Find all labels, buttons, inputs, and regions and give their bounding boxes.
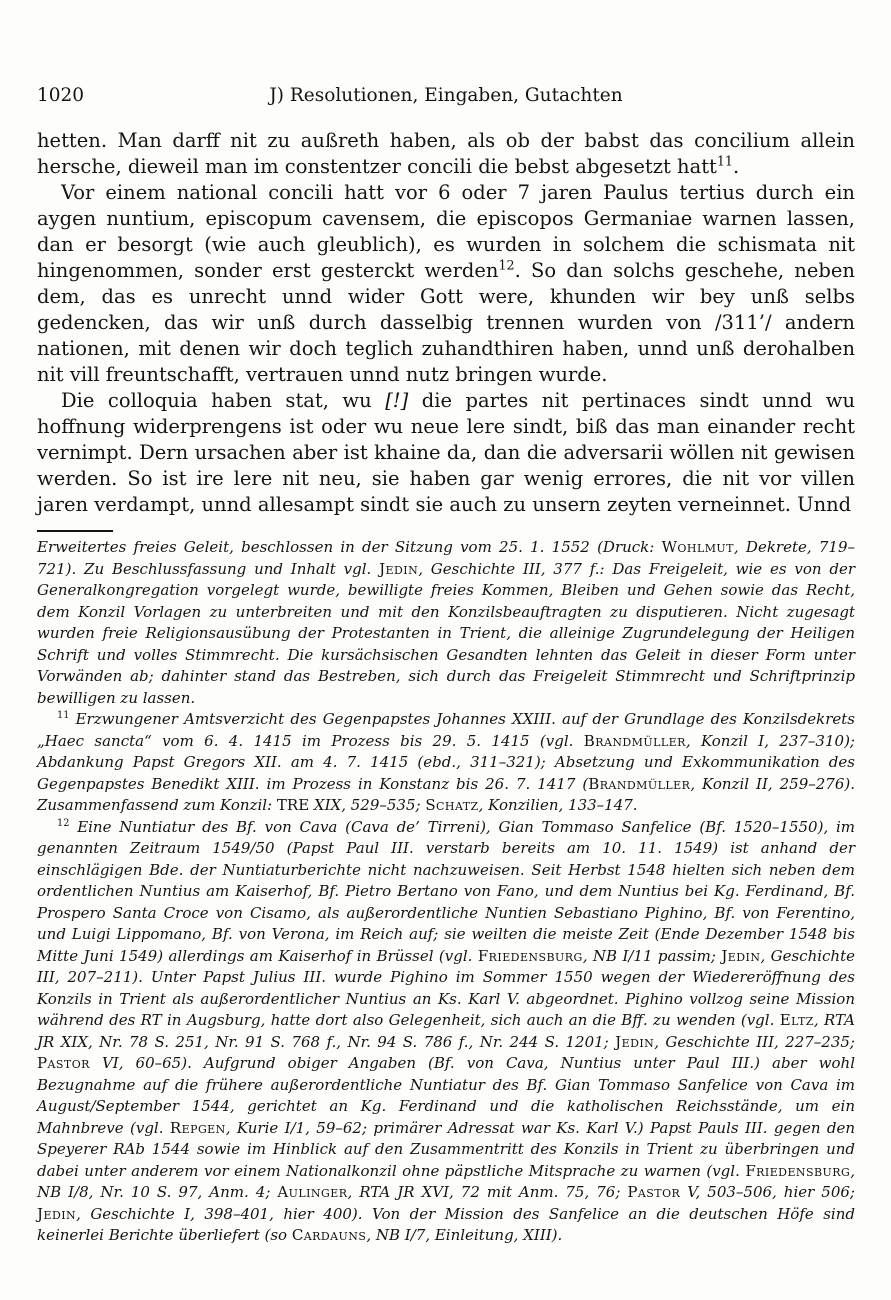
footnote-continuation: Erweitertes freies Geleit, beschlossen i… [37,537,855,709]
text-segment: Jedin [615,1033,654,1051]
text-segment: Wohlmut [662,538,734,556]
text-segment: Jedin [37,1205,76,1223]
text-segment: , Geschichte III, 227–235; [654,1033,855,1051]
text-segment: Jedin [379,560,418,578]
running-head: J) Resolutionen, Eingaben, Gutachten [37,84,855,108]
text-segment: TRE [277,796,309,814]
text-segment: XIX, 529–535; [309,796,425,814]
page-header: 1020 J) Resolutionen, Eingaben, Gutachte… [37,84,855,108]
footnote-marker: 11 [717,154,733,169]
text-segment: Erweitertes freies Geleit, beschlossen i… [37,538,662,556]
footnote-11: 11 Erzwungener Amtsverzicht des Gegenpap… [37,709,855,817]
text-segment: Pastor [37,1054,90,1072]
text-segment: Friedensburg [478,947,583,965]
body-paragraph: Die colloquia haben stat, wu [!] die par… [37,388,855,518]
footnote-12: 12 Eine Nuntiatur des Bf. von Cava (Cava… [37,817,855,1247]
text-segment: Pastor [627,1183,680,1201]
footnote-marker: 12 [57,818,69,829]
text-segment: , Konzilien, 133–147. [479,796,638,814]
text-segment: , Geschichte III, 377 f.: Das Freigeleit… [37,560,855,707]
text-segment: , RTA JR XVI, 72 mit Anm. 75, 76; [347,1183,627,1201]
body-paragraph: hetten. Man darff nit zu außreth haben, … [37,128,855,180]
text-segment: , NB I/11 passim; [583,947,722,965]
text-segment: Friedensburg [745,1162,850,1180]
footnote-marker: 11 [57,710,69,721]
text-segment: V, 503–506, hier 506; [680,1183,855,1201]
text-segment: Aulinger [277,1183,347,1201]
text-segment: Repgen [170,1119,226,1137]
body-text: hetten. Man darff nit zu außreth haben, … [37,128,855,518]
page-number: 1020 [37,84,84,108]
text-segment: [!] [385,389,408,412]
text-segment: Cardauns [292,1226,367,1244]
footnote-marker: 12 [498,258,514,273]
footnote-separator-rule [37,530,113,532]
text-segment: Die colloquia haben stat, wu [61,389,385,412]
body-paragraph: Vor einem national concili hatt vor 6 od… [37,180,855,388]
text-segment: Schatz [425,796,478,814]
text-segment: Eltz [780,1011,814,1029]
text-segment: . [733,155,739,178]
text-block: 1020 J) Resolutionen, Eingaben, Gutachte… [37,84,855,1247]
text-segment: Jedin [721,947,760,965]
text-segment: , NB I/7, Einleitung, XIII). [366,1226,562,1244]
book-page: 1020 J) Resolutionen, Eingaben, Gutachte… [0,0,891,1300]
text-segment: Eine Nuntiatur des Bf. von Cava (Cava de… [37,818,855,965]
text-segment: Brandmüller [588,775,690,793]
footnotes: Erweitertes freies Geleit, beschlossen i… [37,537,855,1247]
text-segment: Brandmüller [584,732,686,750]
